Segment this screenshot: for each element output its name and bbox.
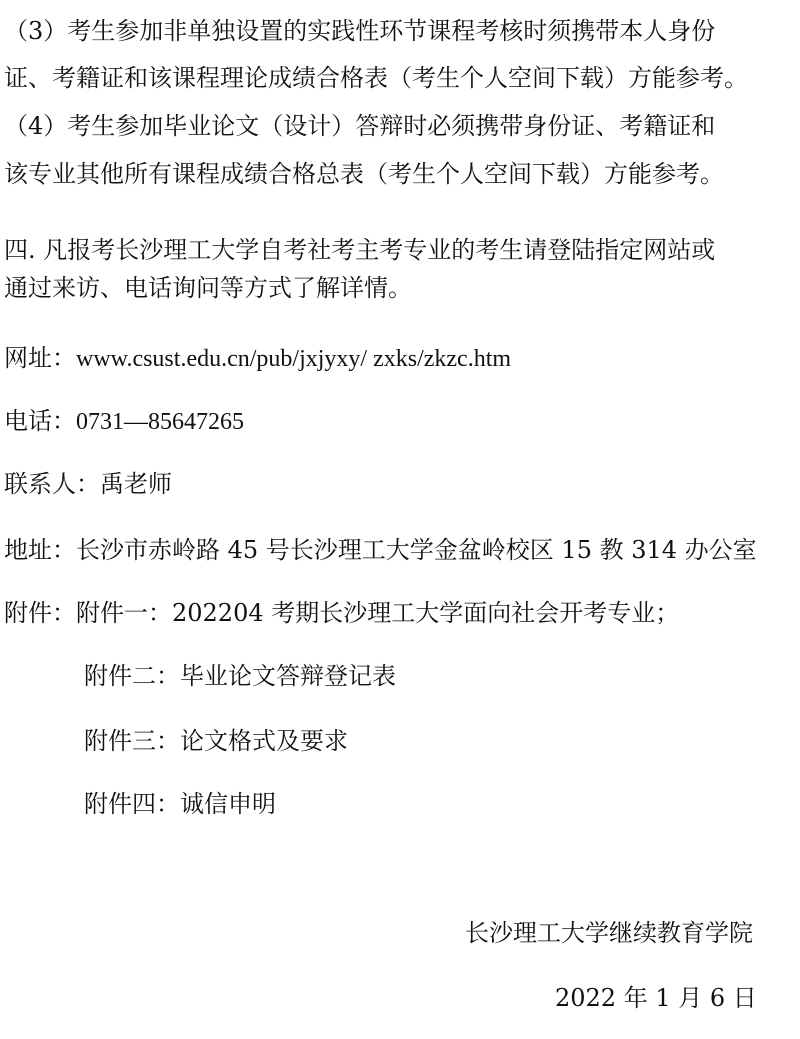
signature-date: 2022 年 1 月 6 日 — [555, 983, 757, 1013]
attachment-item: 附件二：毕业论文答辩登记表 — [84, 661, 396, 691]
website-link[interactable]: www.csust.edu.cn/pub/jxjyxy/ zxks/zkzc.h… — [76, 346, 511, 372]
section-four-line-2: 通过来访、电话询问等方式了解详情。 — [4, 273, 412, 303]
website-row: 网址：www.csust.edu.cn/pub/jxjyxy/ zxks/zkz… — [4, 343, 511, 374]
phone-value: 0731—85647265 — [76, 409, 244, 435]
contact-person-row: 联系人：禹老师 — [4, 469, 172, 499]
contact-person-label: 联系人： — [4, 470, 100, 498]
website-label: 网址： — [4, 344, 76, 372]
phone-row: 电话：0731—85647265 — [4, 406, 244, 437]
signature-organization: 长沙理工大学继续教育学院 — [465, 918, 753, 948]
item-4-line-2: 该专业其他所有课程成绩合格总表（考生个人空间下载）方能参考。 — [4, 159, 724, 189]
attachment-item: 附件一：202204 考期长沙理工大学面向社会开考专业； — [76, 599, 679, 627]
contact-person-value: 禹老师 — [100, 470, 172, 498]
attachment-item: 附件四：诚信申明 — [84, 789, 276, 819]
attachment-item: 附件三：论文格式及要求 — [84, 726, 348, 756]
item-3-line-1: （3）考生参加非单独设置的实践性环节课程考核时须携带本人身份 — [4, 16, 715, 46]
section-four-line-1: 四. 凡报考长沙理工大学自考社考主考专业的考生请登陆指定网站或 — [4, 235, 715, 265]
attachments-row-1: 附件：附件一：202204 考期长沙理工大学面向社会开考专业； — [4, 598, 679, 628]
attachments-label: 附件： — [4, 599, 76, 627]
address-label: 地址： — [4, 536, 76, 564]
item-4-line-1: （4）考生参加毕业论文（设计）答辩时必须携带身份证、考籍证和 — [4, 111, 715, 141]
item-3-line-2: 证、考籍证和该课程理论成绩合格表（考生个人空间下载）方能参考。 — [4, 63, 748, 93]
phone-label: 电话： — [4, 407, 76, 435]
address-row: 地址：长沙市赤岭路 45 号长沙理工大学金盆岭校区 15 教 314 办公室 — [4, 535, 757, 565]
address-value: 长沙市赤岭路 45 号长沙理工大学金盆岭校区 15 教 314 办公室 — [76, 536, 757, 564]
